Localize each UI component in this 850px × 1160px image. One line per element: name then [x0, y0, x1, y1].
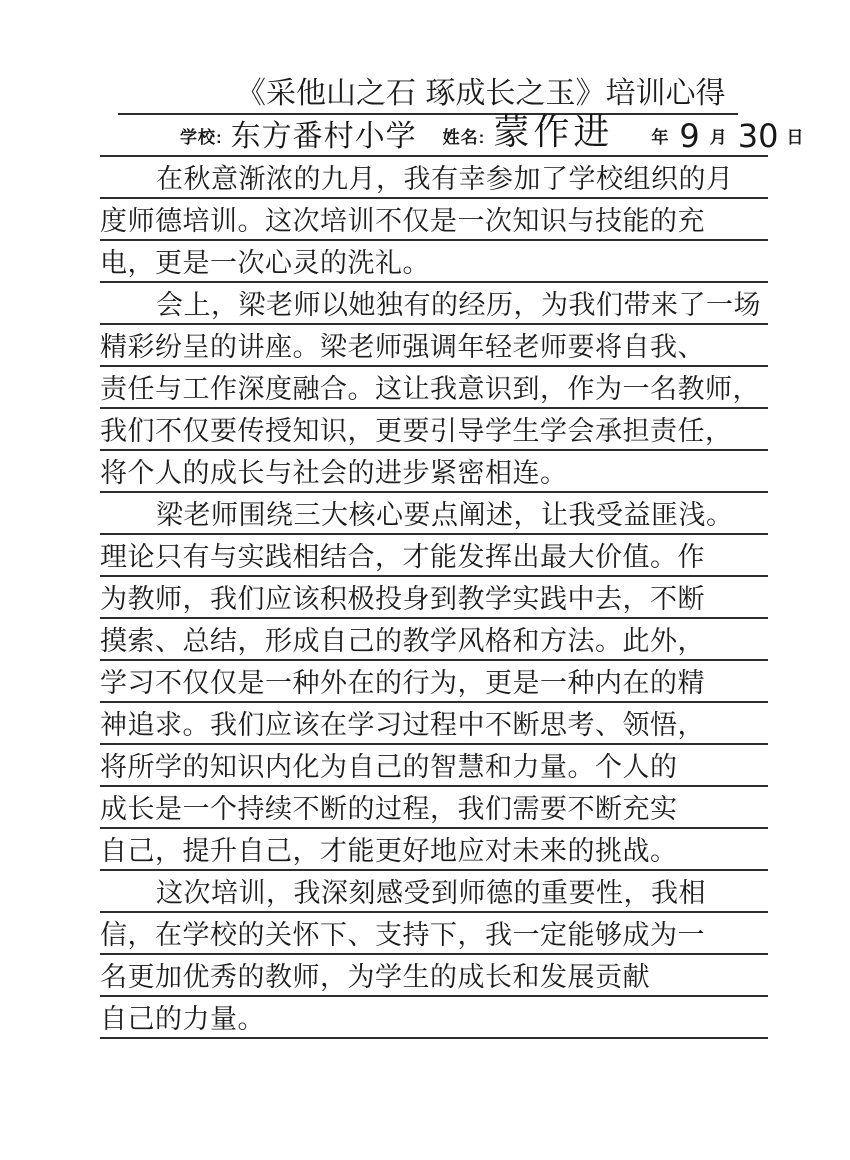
- handwritten-line: 精彩纷呈的讲座。梁老师强调年轻老师要将自我、: [100, 325, 768, 367]
- handwritten-line: 理论只有与实践相结合，才能发挥出最大价值。作: [100, 535, 768, 577]
- meta-line: 学校: 东方番村小学 姓名: 蒙作进 年 9 月 30 日: [100, 115, 768, 157]
- line-text: 会上，梁老师以她独有的经历，为我们带来了一场: [156, 283, 761, 322]
- title-line: 《采他山之石 琢成长之玉》培训心得: [118, 73, 738, 115]
- line-text: 名更加优秀的教师，为学生的成长和发展贡献: [100, 955, 650, 994]
- writing-area: 《采他山之石 琢成长之玉》培训心得 学校: 东方番村小学 姓名: 蒙作进 年 9…: [100, 73, 768, 1039]
- month-label: 月: [710, 123, 728, 148]
- school-label: 学校:: [180, 123, 223, 148]
- handwritten-line: 这次培训，我深刻感受到师德的重要性，我相: [100, 871, 768, 913]
- handwritten-line: 自己的力量。: [100, 997, 768, 1039]
- line-text: 成长是一个持续不断的过程，我们需要不断充实: [100, 787, 678, 826]
- line-text: 自己，提升自己，才能更好地应对未来的挑战。: [100, 829, 678, 868]
- day-label: 日: [786, 123, 804, 148]
- handwritten-line: 神追求。我们应该在学习过程中不断思考、领悟，: [100, 703, 768, 745]
- handwritten-line: 梁老师围绕三大核心要点阐述，让我受益匪浅。: [100, 493, 768, 535]
- handwritten-line: 将个人的成长与社会的进步紧密相连。: [100, 451, 768, 493]
- line-text: 将个人的成长与社会的进步紧密相连。: [100, 451, 568, 490]
- name-label: 姓名:: [443, 123, 486, 148]
- line-text: 理论只有与实践相结合，才能发挥出最大价值。作: [100, 535, 705, 574]
- handwritten-line: 自己，提升自己，才能更好地应对未来的挑战。: [100, 829, 768, 871]
- line-text: 信，在学校的关怀下、支持下，我一定能够成为一: [100, 913, 705, 952]
- handwritten-line: 度师德培训。这次培训不仅是一次知识与技能的充: [100, 199, 768, 241]
- line-text: 精彩纷呈的讲座。梁老师强调年轻老师要将自我、: [100, 325, 705, 364]
- line-text: 责任与工作深度融合。这让我意识到，作为一名教师，: [100, 367, 760, 406]
- line-text: 摸索、总结，形成自己的教学风格和方法。此外，: [100, 619, 705, 658]
- handwritten-line: 成长是一个持续不断的过程，我们需要不断充实: [100, 787, 768, 829]
- handwritten-line: 为教师，我们应该积极投身到教学实践中去，不断: [100, 577, 768, 619]
- line-text: 学习不仅仅是一种外在的行为，更是一种内在的精: [100, 661, 705, 700]
- line-text: 电，更是一次心灵的洗礼。: [100, 241, 430, 280]
- page-title: 《采他山之石 琢成长之玉》培训心得: [236, 68, 726, 112]
- line-text: 度师德培训。这次培训不仅是一次知识与技能的充: [100, 199, 705, 238]
- handwritten-line: 摸索、总结，形成自己的教学风格和方法。此外，: [100, 619, 768, 661]
- line-text: 这次培训，我深刻感受到师德的重要性，我相: [156, 871, 706, 910]
- handwritten-line: 在秋意渐浓的九月，我有幸参加了学校组织的月: [100, 157, 768, 199]
- line-text: 将所学的知识内化为自己的智慧和力量。个人的: [100, 745, 678, 784]
- handwritten-line: 电，更是一次心灵的洗礼。: [100, 241, 768, 283]
- line-text: 为教师，我们应该积极投身到教学实践中去，不断: [100, 577, 705, 616]
- handwritten-line: 学习不仅仅是一种外在的行为，更是一种内在的精: [100, 661, 768, 703]
- student-name-value: 蒙作进: [493, 104, 613, 155]
- scanned-handwritten-page: 《采他山之石 琢成长之玉》培训心得 学校: 东方番村小学 姓名: 蒙作进 年 9…: [0, 0, 850, 1160]
- day-number: 30: [738, 117, 779, 155]
- handwritten-line: 我们不仅要传授知识，更要引导学生学会承担责任，: [100, 409, 768, 451]
- line-text: 在秋意渐浓的九月，我有幸参加了学校组织的月: [156, 157, 734, 196]
- handwritten-line: 信，在学校的关怀下、支持下，我一定能够成为一: [100, 913, 768, 955]
- handwritten-line: 会上，梁老师以她独有的经历，为我们带来了一场: [100, 283, 768, 325]
- line-text: 自己的力量。: [100, 997, 265, 1036]
- handwritten-line: 责任与工作深度融合。这让我意识到，作为一名教师，: [100, 367, 768, 409]
- month-number: 9: [679, 117, 699, 155]
- school-name-value: 东方番村小学: [231, 111, 417, 155]
- line-text: 我们不仅要传授知识，更要引导学生学会承担责任，: [100, 409, 733, 448]
- line-text: 神追求。我们应该在学习过程中不断思考、领悟，: [100, 703, 705, 742]
- handwritten-line: 名更加优秀的教师，为学生的成长和发展贡献: [100, 955, 768, 997]
- year-label: 年: [651, 123, 669, 148]
- handwritten-line: 将所学的知识内化为自己的智慧和力量。个人的: [100, 745, 768, 787]
- line-text: 梁老师围绕三大核心要点阐述，让我受益匪浅。: [156, 493, 734, 532]
